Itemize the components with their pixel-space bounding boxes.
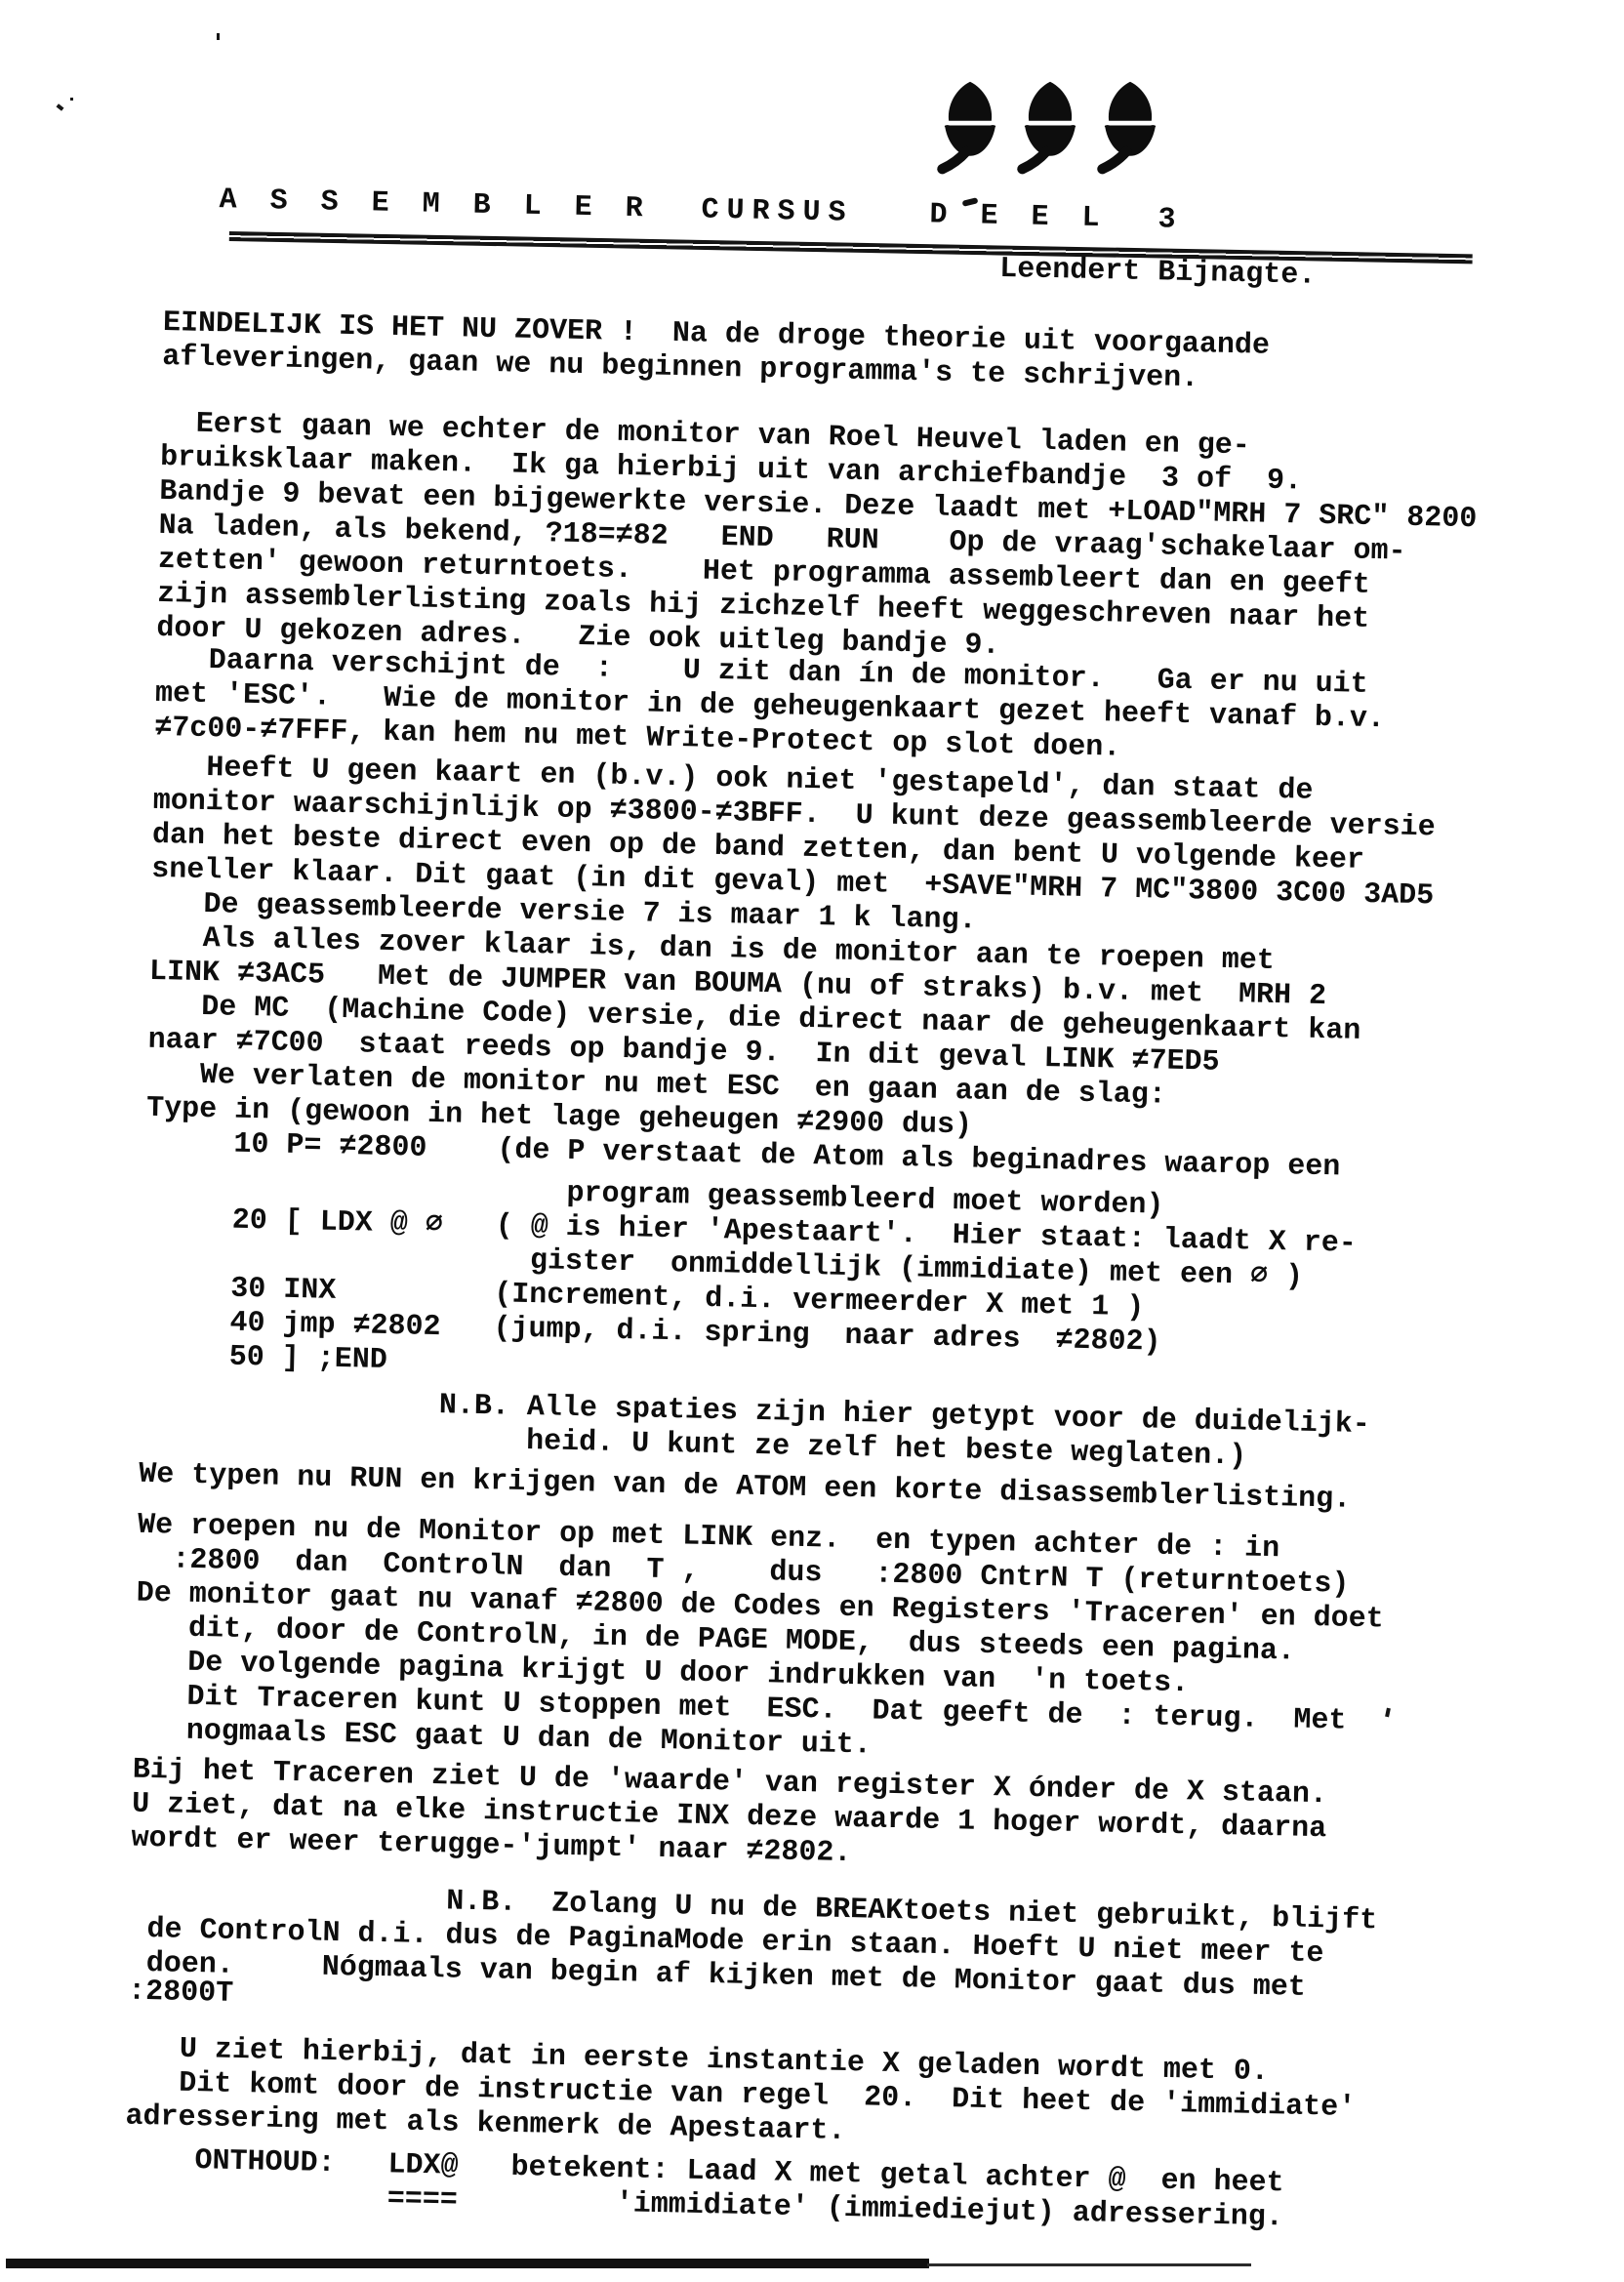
paragraph-block: EINDELIJK IS HET NU ZOVER ! Na de droge … — [162, 306, 1270, 398]
acorn-logo — [933, 76, 1167, 191]
scanned-page: A S S E M B L E R CURSUS D E E L 3 Leend… — [0, 0, 1624, 2282]
paragraph-block: ONTHOUD: LDX@ betekent: Laad X met getal… — [123, 2143, 1283, 2236]
scan-edge-artifact-thin — [927, 2263, 1251, 2266]
paragraph-block: Als alles zover klaar is, dan is de moni… — [147, 921, 1362, 1083]
scan-speckle — [217, 33, 220, 40]
document-body: EINDELIJK IS HET NU ZOVER ! Na de droge … — [123, 183, 1601, 2281]
scan-speckle — [70, 98, 73, 101]
text-line: :2800T — [128, 1976, 234, 2012]
scan-speckle — [57, 103, 64, 110]
paragraph-block: U ziet hierbij, dat in eerste instantie … — [125, 2032, 1357, 2160]
paragraph-block: N.B. Zolang U nu de BREAKtoets niet gebr… — [128, 1879, 1377, 2008]
scan-edge-artifact — [6, 2259, 929, 2268]
acorn-icon — [933, 76, 1007, 191]
paragraph-block: :2800T — [128, 1976, 234, 2012]
document-content: A S S E M B L E R CURSUS D E E L 3 Leend… — [123, 183, 1601, 2281]
paragraph-block: Bij het Traceren ziet U de 'waarde' van … — [131, 1754, 1327, 1882]
acorn-icon — [1093, 76, 1167, 191]
acorn-icon — [1013, 76, 1087, 191]
paragraph-block: Heeft U geen kaart en (b.v.) ook niet 'g… — [150, 751, 1437, 948]
paragraph-block: Eerst gaan we echter de monitor van Roel… — [156, 407, 1479, 673]
paragraph-block: program geassembleerd moet worden) 20 [ … — [141, 1168, 1357, 1399]
paragraph-block: We roepen nu de Monitor op met LINK enz.… — [133, 1509, 1385, 1774]
